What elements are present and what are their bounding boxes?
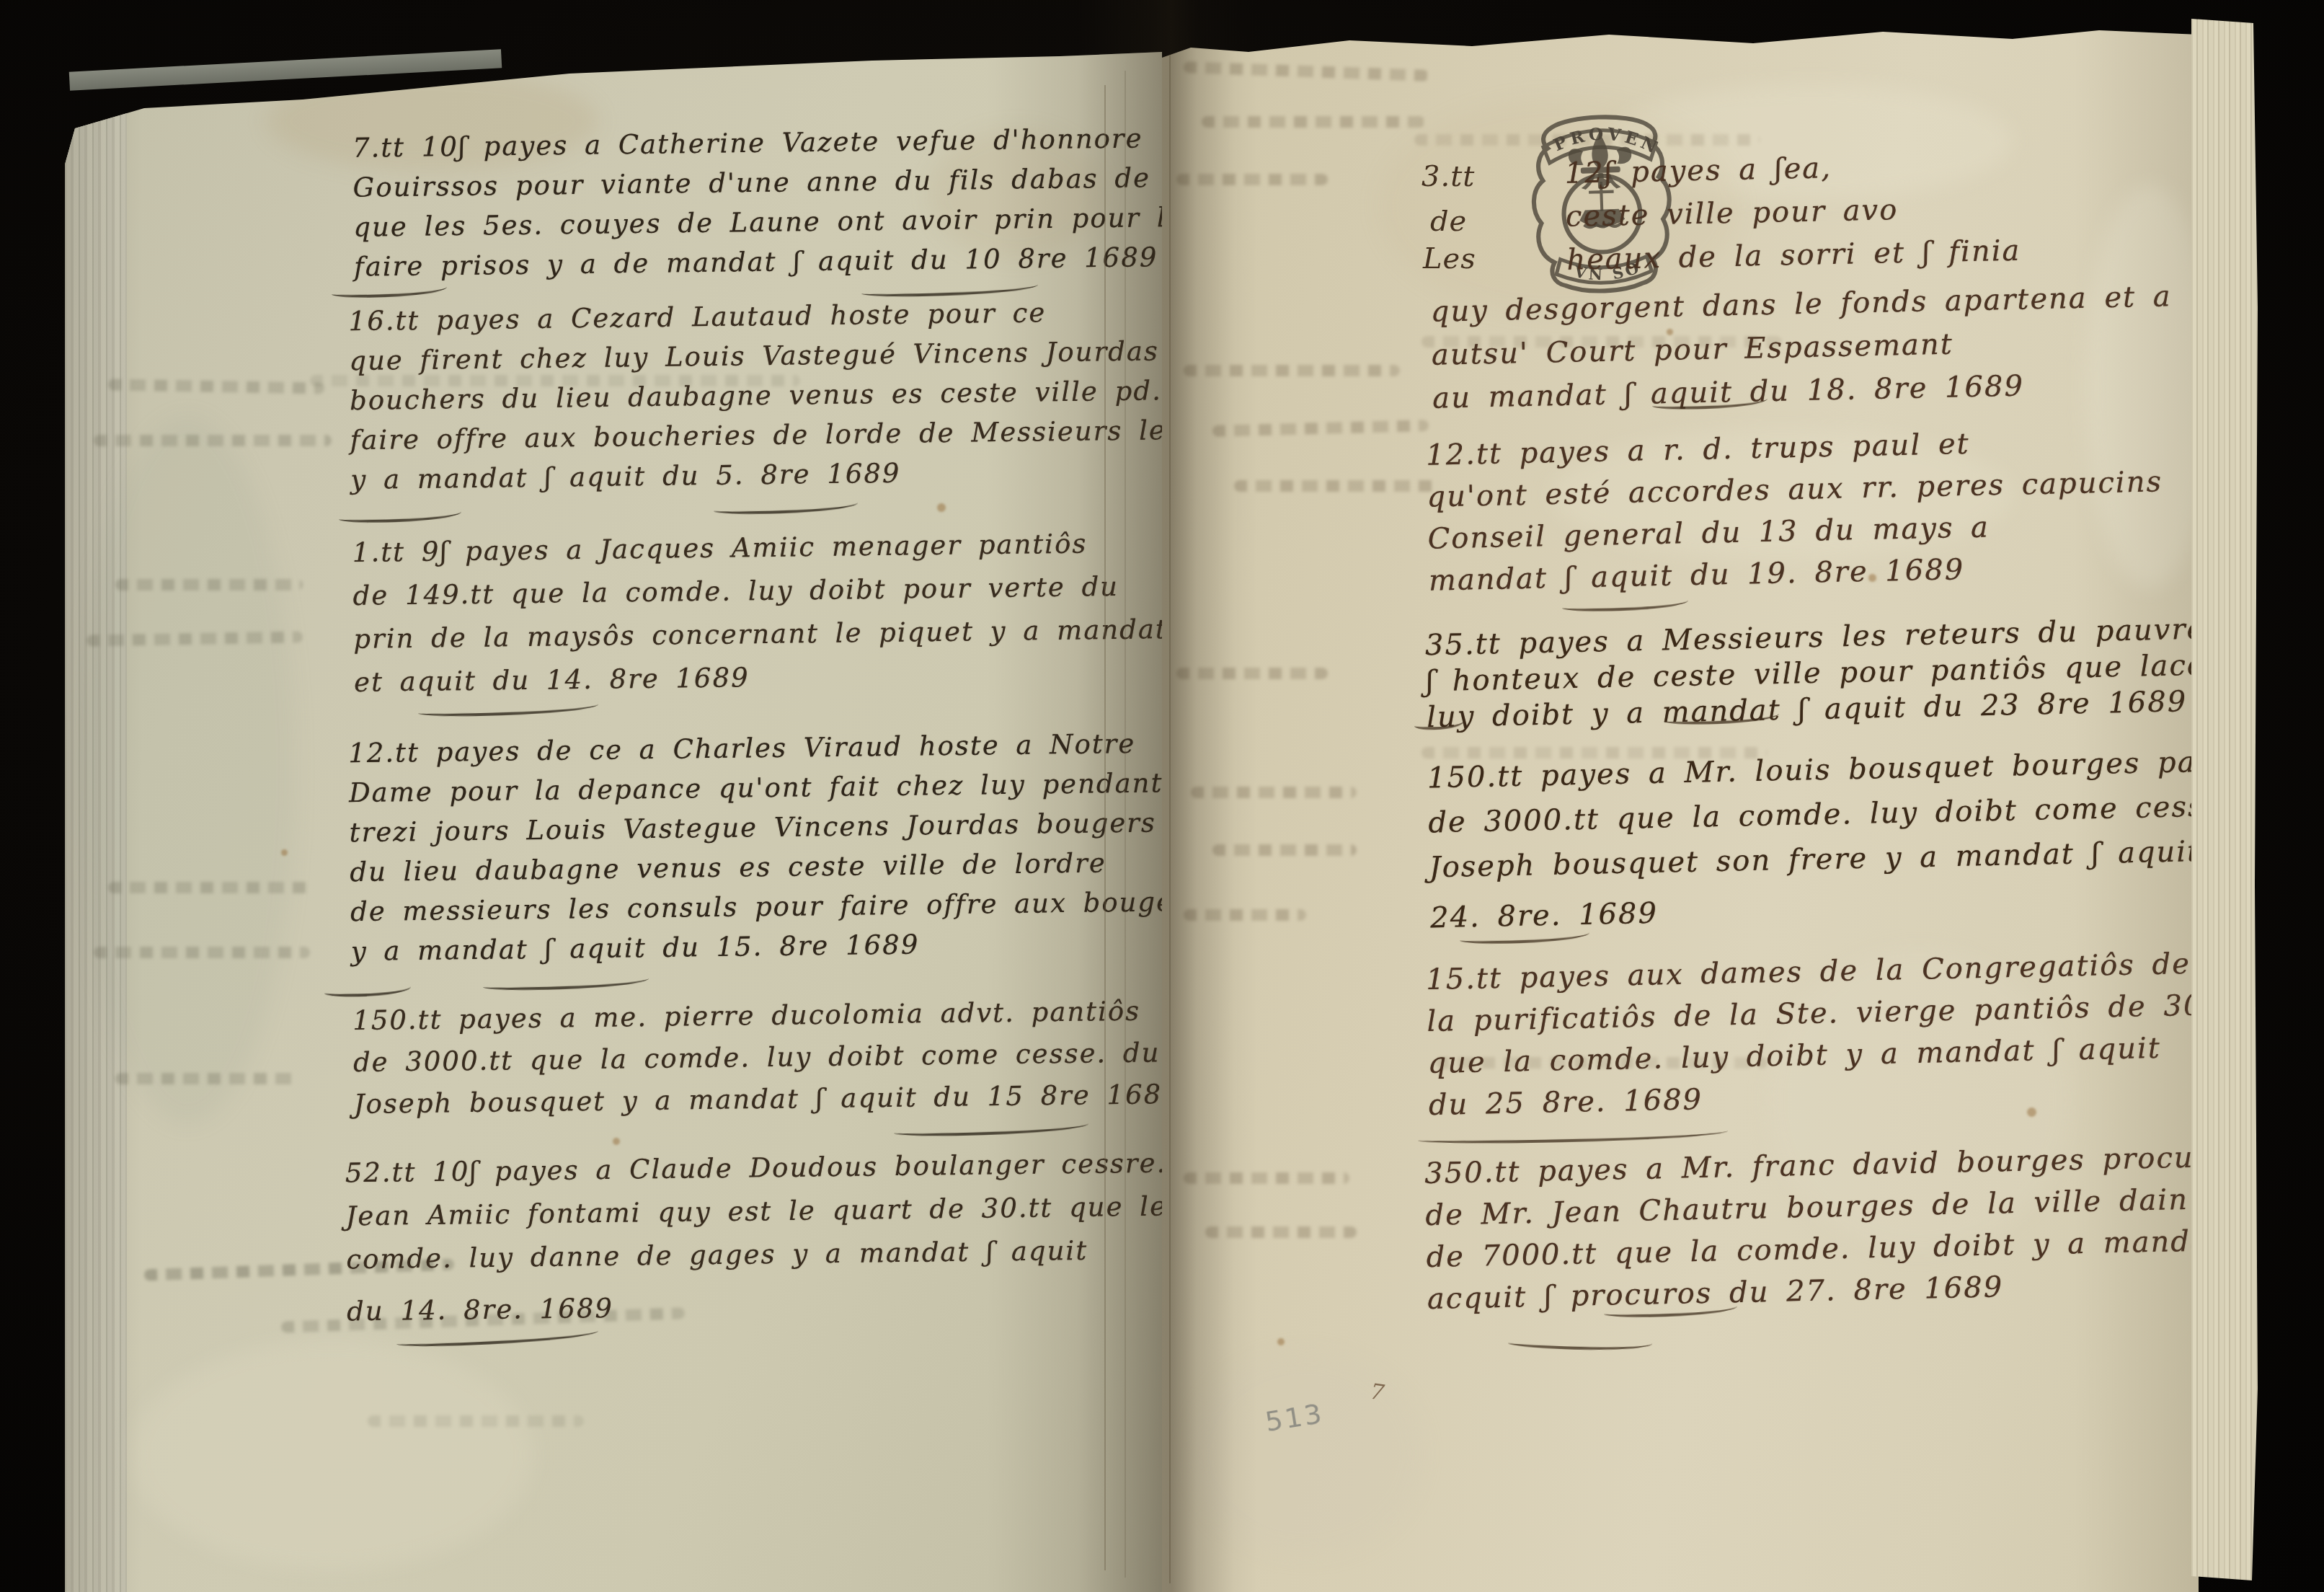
bleed-through-marks (1176, 668, 1328, 679)
pencil-folio-number: 513 (1263, 1397, 1326, 1438)
page-edges-left (65, 42, 127, 1592)
ink-flourish (324, 985, 411, 997)
crease-line (1104, 85, 1106, 1570)
ledger-entry: 52.tt 10ʃ payes a Claude Doudous boulang… (345, 1141, 1221, 1334)
date-underline (1562, 599, 1688, 613)
crease-line (1169, 55, 1171, 1583)
bleed-through-marks (94, 947, 310, 958)
bleed-through-marks (1184, 909, 1306, 921)
entry-line: et aquit du 14. 8re 1689 (354, 651, 1168, 704)
ledger-entry: 150.tt payes a me. pierre ducolomia advt… (352, 990, 1181, 1126)
date-underline (418, 703, 598, 718)
ink-flourish (339, 510, 461, 523)
date-underline (894, 1122, 1088, 1137)
date-underline (1418, 1129, 1728, 1145)
bleed-through-marks (1212, 420, 1429, 437)
paper-stain (1191, 1353, 1422, 1555)
under-page-edge (69, 49, 502, 90)
right-page: PROVENCE VN SOL 3.tt de Les 12ʃ payes a … (1162, 26, 2199, 1592)
ledger-entry: 350.tt payes a Mr. franc david bourges p… (1424, 1134, 2324, 1320)
foxing-spot (937, 503, 946, 512)
ledger-entry: 7.tt 10ʃ payes a Catherine Vazete vefue … (352, 117, 1270, 287)
ledger-entry: 15.tt payes aux dames de la Congregatiôs… (1426, 942, 2262, 1126)
ledger-entry: 150.tt payes a Mr. louis bousquet bourge… (1427, 738, 2286, 941)
bleed-through-marks (1202, 116, 1425, 128)
bleed-through-marks (1184, 365, 1400, 376)
bleed-through-marks (1212, 844, 1357, 856)
paper-stain (130, 1340, 533, 1570)
ledger-entry: 12.tt payes de ce a Charles Viraud hoste… (348, 723, 1199, 971)
foxing-spot (1277, 1338, 1285, 1345)
ledger-entry: 12.tt payes a r. d. trups paul et qu'ont… (1426, 419, 2165, 601)
bleed-through-marks (108, 379, 324, 394)
bleed-through-marks (1176, 174, 1328, 185)
bleed-through-marks (1205, 1226, 1357, 1238)
ledger-entry: 12ʃ payes a ʃea, ceste ville pour avo he… (1427, 139, 2174, 420)
foxing-spot (281, 849, 288, 856)
bleed-through-marks (1191, 787, 1357, 798)
bleed-through-marks (115, 1073, 296, 1084)
date-underline (483, 977, 649, 991)
left-page: 7.tt 10ʃ payes a Catherine Vazete vefue … (65, 42, 1162, 1592)
bleed-through-marks (1234, 480, 1436, 492)
ledger-entry: 1.tt 9ʃ payes a Jacques Amiic menager pa… (352, 521, 1168, 704)
crease-line (1125, 71, 1126, 1578)
bleed-through-marks (1184, 61, 1429, 81)
ink-flourish (1508, 1337, 1652, 1353)
ink-flourish (332, 286, 447, 298)
manuscript-scan: 7.tt 10ʃ payes a Catherine Vazete vefue … (0, 0, 2324, 1592)
foxing-spot (613, 1138, 620, 1145)
date-underline (714, 501, 858, 515)
entry-line: du 14. 8re. 1689 (347, 1280, 1221, 1334)
bleed-through-marks (94, 435, 332, 446)
bleed-through-marks (368, 1415, 584, 1427)
ink-mark: 7 (1369, 1379, 1386, 1406)
page-edges-right (2191, 19, 2258, 1580)
bleed-through-marks (108, 882, 310, 893)
ledger-entry: 35.tt payes a Messieurs les reteurs du p… (1425, 610, 2272, 736)
bleed-through-marks (115, 579, 303, 591)
bleed-through-marks (1184, 1172, 1349, 1184)
